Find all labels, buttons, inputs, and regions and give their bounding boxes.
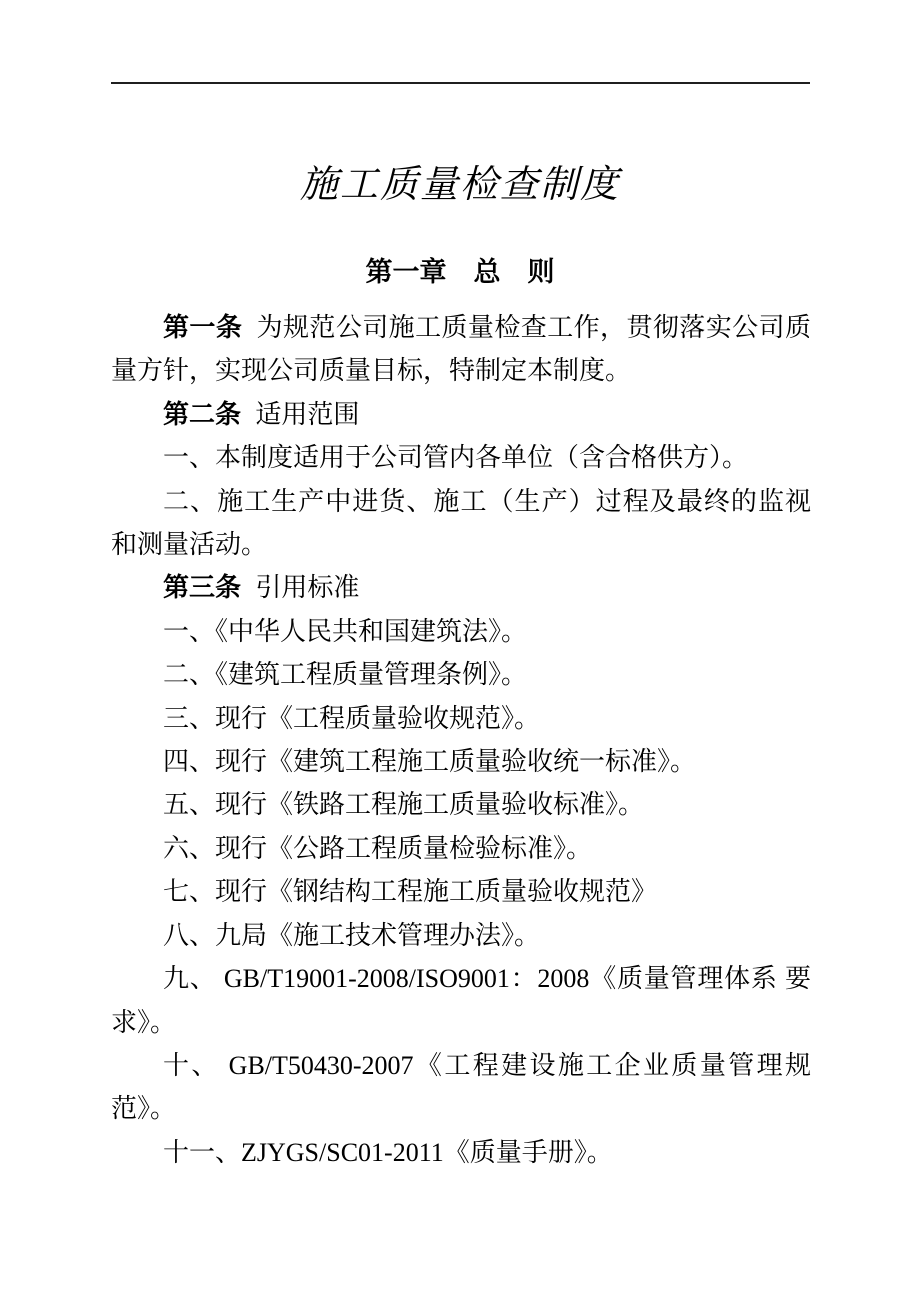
paragraph-text: 二、施工生产中进货、施工（生产）过程及最终的监视和测量活动。 (111, 487, 811, 559)
article-label: 第三条 (163, 572, 241, 602)
paragraph-text: 二、《建筑工程质量管理条例》。 (163, 660, 527, 689)
paragraph: 七、现行《钢结构工程施工质量验收规范》 (111, 870, 811, 913)
paragraph: 十一、ZJYGS/SC01-2011《质量手册》。 (111, 1131, 811, 1174)
paragraph-text: 一、本制度适用于公司管内各单位（含合格供方）。 (163, 443, 748, 472)
paragraph: 第一条为规范公司施工质量检查工作，贯彻落实公司质量方针，实现公司质量目标，特制定… (111, 306, 811, 393)
document-title: 施工质量检查制度 (0, 150, 920, 218)
paragraph: 二、施工生产中进货、施工（生产）过程及最终的监视和测量活动。 (111, 480, 811, 567)
paragraph-text: 三、现行《工程质量验收规范》。 (163, 704, 540, 733)
paragraph-text: 五、现行《铁路工程施工质量验收标准》。 (163, 790, 644, 819)
paragraph: 六、现行《公路工程质量检验标准》。 (111, 827, 811, 870)
chapter-heading: 第一章 总 则 (0, 249, 920, 295)
paragraph-text: 引用标准 (255, 573, 359, 602)
paragraph: 五、现行《铁路工程施工质量验收标准》。 (111, 783, 811, 826)
paragraph-text: 四、现行《建筑工程施工质量验收统一标准》。 (163, 747, 696, 776)
paragraph: 四、现行《建筑工程施工质量验收统一标准》。 (111, 740, 811, 783)
paragraph-text: 九、 GB/T19001-2008/ISO9001：2008《质量管理体系 要求… (111, 964, 811, 1036)
paragraph-text: 十一、ZJYGS/SC01-2011《质量手册》。 (163, 1138, 613, 1167)
paragraph-text: 六、现行《公路工程质量检验标准》。 (163, 834, 592, 863)
paragraph-text: 七、现行《钢结构工程施工质量验收规范》 (163, 877, 657, 906)
page-container: { "page": { "background_color": "#ffffff… (0, 0, 920, 1302)
paragraph: 第三条引用标准 (111, 566, 811, 609)
article-label: 第一条 (163, 312, 242, 342)
article-label: 第二条 (163, 399, 241, 429)
paragraph: 三、现行《工程质量验收规范》。 (111, 697, 811, 740)
header-rule (111, 82, 810, 84)
paragraph: 第二条适用范围 (111, 393, 811, 436)
paragraph-text: 十、 GB/T50430-2007《工程建设施工企业质量管理规范》。 (111, 1051, 811, 1123)
paragraph: 二、《建筑工程质量管理条例》。 (111, 653, 811, 696)
paragraph-text: 适用范围 (255, 400, 359, 429)
paragraph-text: 一、《中华人民共和国建筑法》。 (163, 617, 527, 646)
paragraph: 八、九局《施工技术管理办法》。 (111, 914, 811, 957)
paragraph: 一、《中华人民共和国建筑法》。 (111, 610, 811, 653)
paragraph: 九、 GB/T19001-2008/ISO9001：2008《质量管理体系 要求… (111, 957, 811, 1044)
paragraph: 十、 GB/T50430-2007《工程建设施工企业质量管理规范》。 (111, 1044, 811, 1131)
paragraph: 一、本制度适用于公司管内各单位（含合格供方）。 (111, 436, 811, 479)
document-body: 第一条为规范公司施工质量检查工作，贯彻落实公司质量方针，实现公司质量目标，特制定… (111, 306, 811, 1174)
paragraph-text: 八、九局《施工技术管理办法》。 (163, 921, 540, 950)
